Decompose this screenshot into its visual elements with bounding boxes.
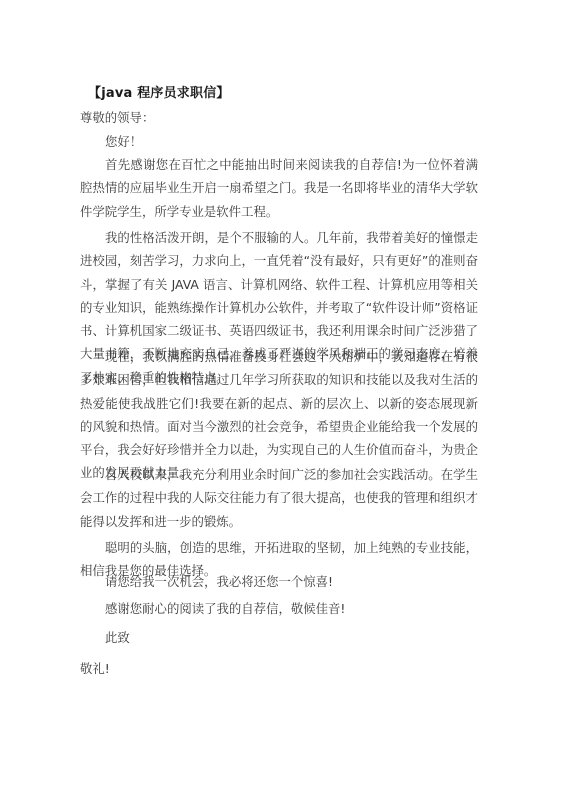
regards-line: 敬礼! (80, 657, 480, 680)
greeting: 您好！ (105, 130, 505, 153)
request-line: 请您给我一次机会，我必将还您一个惊喜! (105, 570, 505, 593)
paragraph-intro: 首先感谢您在百忙之中能抽出时间来阅读我的自荐信!为一位怀着满腔热情的应届毕业生开… (80, 153, 478, 223)
document-page: 【java 程序员求职信】 尊敬的领导： 您好！ 首先感谢您在百忙之中能抽出时间… (0, 0, 566, 800)
thanks-line: 感谢您耐心的阅读了我的自荐信，敬候佳音! (105, 597, 505, 620)
paragraph-activities: 自入校以来，我充分利用业余时间广泛的参加社会实践活动。在学生会工作的过程中我的人… (80, 463, 478, 533)
salutation: 尊敬的领导： (80, 106, 480, 129)
document-title: 【java 程序员求职信】 (88, 82, 230, 101)
closing-line: 此致 (105, 626, 505, 649)
